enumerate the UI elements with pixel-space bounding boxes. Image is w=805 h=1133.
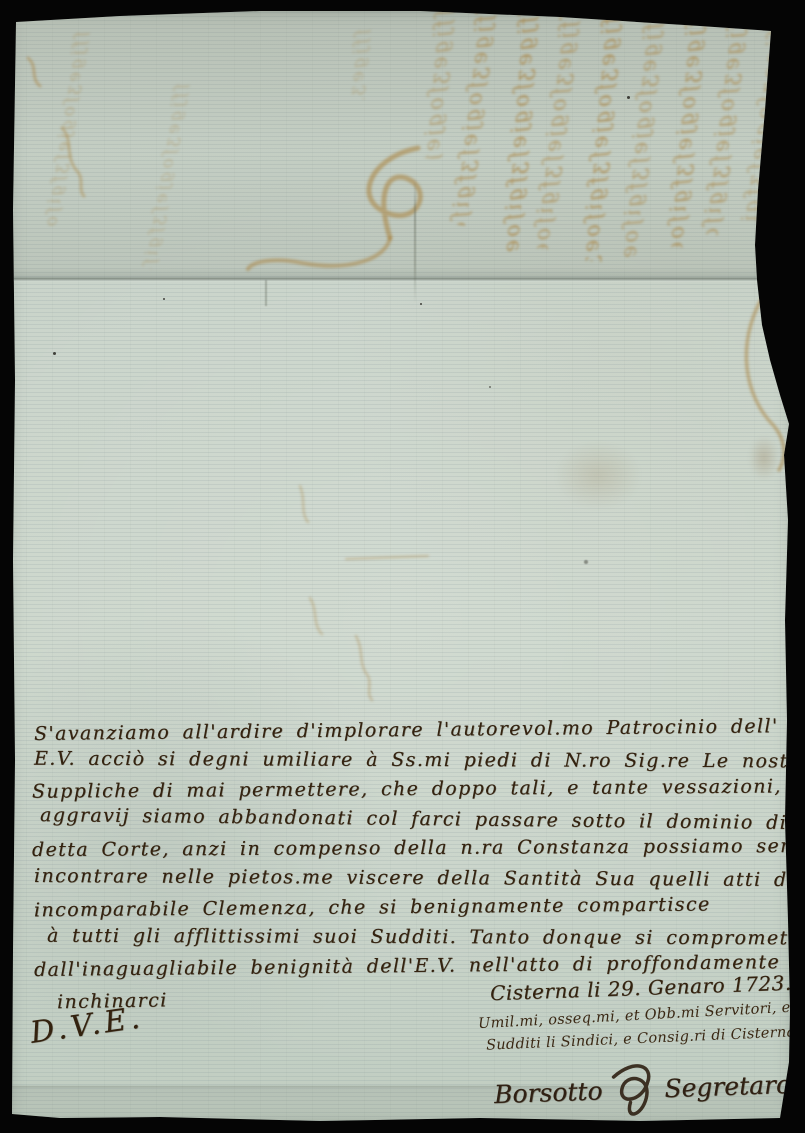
paper-edge-shading bbox=[0, 0, 805, 1133]
paper-sheet: ſfjgeʒſogjeſʒfgiſoeʒjſgfeoʒiſjgeſʒofgeſi… bbox=[0, 0, 805, 1133]
photograph-background: ſfjgeʒſogjeſʒfgiſoeʒjſgfeoʒiſjgeſʒofgeſi… bbox=[0, 0, 805, 1133]
